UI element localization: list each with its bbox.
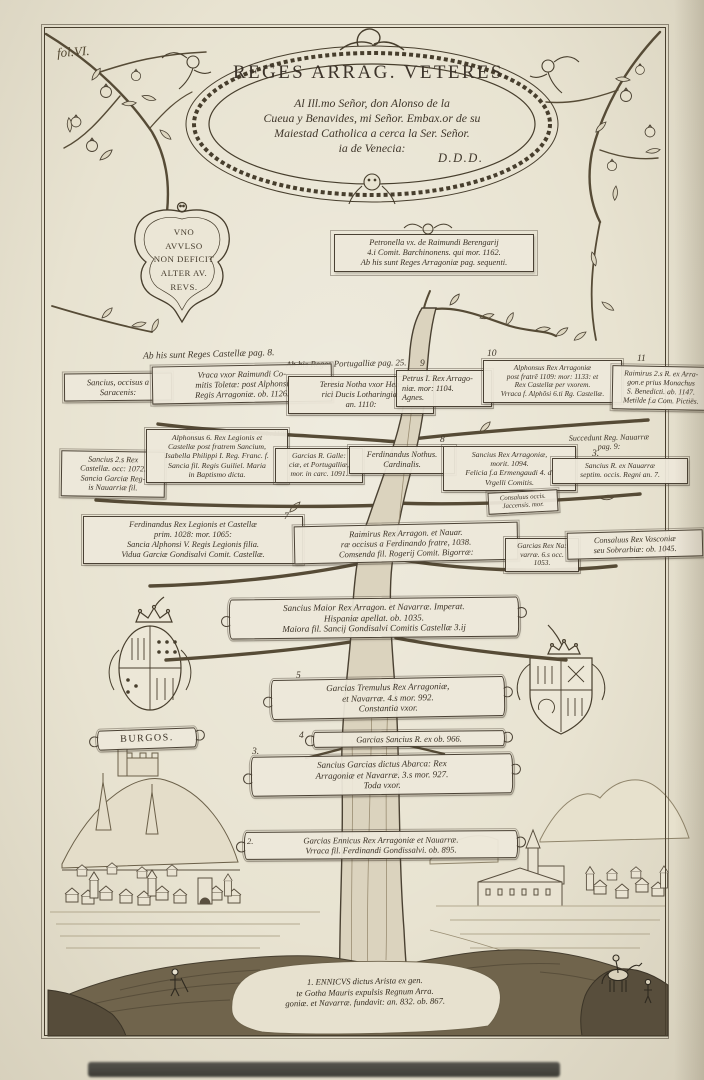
left-cityscape <box>62 863 241 905</box>
left-coat-of-arms <box>109 597 191 710</box>
generation-number-3-navarre: 3. <box>592 449 599 459</box>
tree-node-ferdinandus-i: Ferdinandus Rex Legionis et Castellæ pri… <box>83 516 303 564</box>
generation-number-8: 8 <box>440 435 445 445</box>
tree-node-ferdinandus-nothus: Ferdinandus Nothus. Cardinalis. <box>349 446 455 474</box>
generation-number-4: 4 <box>299 731 304 741</box>
tree-node-raimirus-monk: Raimirus 2.s R. ex Arra- gon.e prius Mon… <box>612 365 704 411</box>
tree-node-petrus-i: Petrus I. Rex Arrago- niæ. mor: 1104. Ag… <box>396 370 492 407</box>
tree-node-sancius-abarca: Sancius Garcias dictus Abarca: Rex Arrag… <box>251 753 514 796</box>
tree-node-sancius-maior: Sancius Maior Rex Arragon. et Navarræ. I… <box>229 596 519 639</box>
tree-node-raimirus-i: Raimirus Rex Arragon. et Nauar. ræ occis… <box>294 522 519 565</box>
motto-text: VNO AVVLSO NON DEFICIT ALTER AV. REVS. <box>138 226 230 294</box>
generation-number-10: 10 <box>487 349 497 359</box>
book-gutter-shadow <box>88 1062 560 1077</box>
generation-number-11: 11 <box>637 354 646 364</box>
burgos-banner: BURGOS. <box>97 727 198 750</box>
generation-number-3: 3. <box>252 747 259 757</box>
generation-number-9: 9 <box>420 359 425 369</box>
generation-number-7: 7 <box>284 512 289 522</box>
foundation-inscription: 1. ENNICVS dictus Arista ex gen. te Goth… <box>240 974 491 1011</box>
plate-title: REGES ARRAG. VETERES. <box>202 62 542 84</box>
tree-node-petronella: Petronella vx. de Raimundi Berengarij 4.… <box>334 234 534 272</box>
tree-node-alphonsus-battler: Alphonsus Rex Arragoniæ post fratrē 1109… <box>483 360 622 403</box>
right-coat-of-arms <box>517 625 605 734</box>
tree-node-garcias-tremulus: Garcias Tremulus Rex Arragoniæ, et Navar… <box>271 676 506 720</box>
generation-number-2: 2. <box>247 836 253 846</box>
dedication-initials: D.D.D. <box>438 151 483 166</box>
left-castle-hill <box>62 748 238 868</box>
mascaron-icon <box>349 174 395 204</box>
putto-head-icon <box>404 224 452 234</box>
tree-node-consaluus-sobrarbe: Consaluus Rex Vasconiæ seu Sobrarbiæ: ob… <box>567 529 704 560</box>
tree-node-garcias-sancius: Garcias Sancius R. ex ob. 966. <box>313 730 505 748</box>
dedication-text: Al Ill.mo Señor, don Alonso de la Cueua … <box>212 96 532 156</box>
tree-node-sancius-navarre: Sancius R. ex Nauarræ septim. occis. Reg… <box>552 458 688 484</box>
tree-node-alphonsus-vi: Alphonsus 6. Rex Legionis et Castellæ po… <box>146 429 288 483</box>
tree-node-consaluus-jaca: Consaluus occis. Jaccensis. mor. <box>487 489 558 515</box>
engraving-page: fol.VI. REGES ARRAG. VETERES. Al Ill.mo … <box>0 0 704 1080</box>
folio-number: fol.VI. <box>56 43 90 61</box>
tree-node-garcias-ennicus: Garcias Ennicus Rex Arragoniæ et Nauarræ… <box>244 830 518 860</box>
corner-branch-right <box>546 32 660 340</box>
generation-number-5: 5 <box>296 671 301 681</box>
